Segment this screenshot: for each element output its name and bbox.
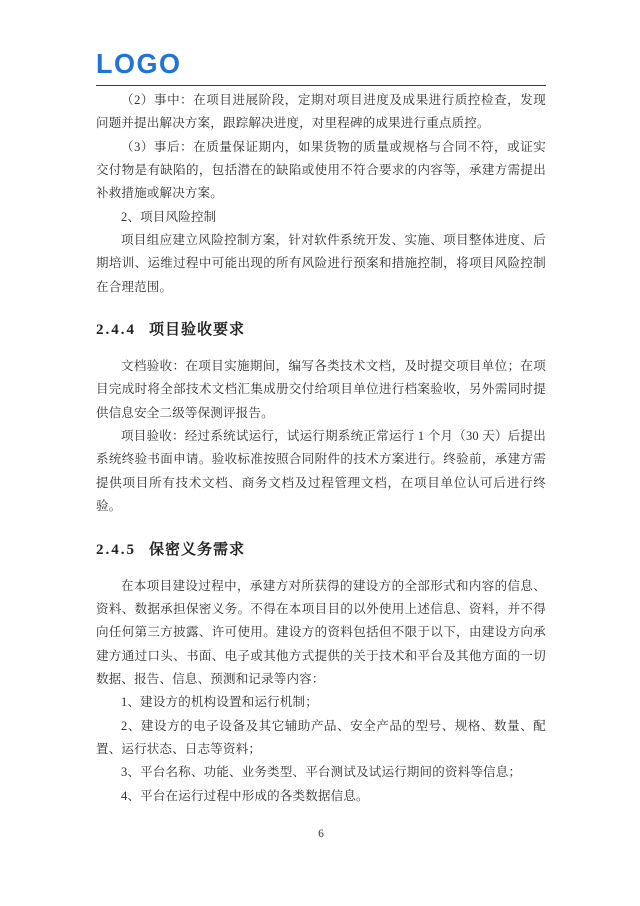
page-content: LOGO （2）事中：在项目进展阶段，定期对项目进度及成果进行质控检查，发现问题… (96, 50, 546, 808)
page-number: 6 (318, 828, 324, 840)
section-title: 项目验收要求 (149, 321, 245, 338)
paragraph-supervision-during: （2）事中：在项目进展阶段，定期对项目进度及成果进行质控检查，发现问题并提出解决… (96, 89, 546, 136)
section-number: 2.4.5 (96, 542, 136, 558)
page-header: LOGO (96, 50, 546, 86)
list-item-4: 4、平台在运行过程中形成的各类数据信息。 (96, 785, 546, 808)
paragraph-doc-acceptance: 文档验收：在项目实施期间，编写各类技术文档，及时提交项目单位；在项目完成时将全部… (96, 355, 546, 425)
list-item-2: 2、建设方的电子设备及其它辅助产品、安全产品的型号、规格、数量、配置、运行状态、… (96, 715, 546, 762)
paragraph-project-acceptance: 项目验收：经过系统试运行，试运行期系统正常运行 1 个月（30 天）后提出系统终… (96, 425, 546, 518)
document-body: （2）事中：在项目进展阶段，定期对项目进度及成果进行质控检查，发现问题并提出解决… (96, 89, 546, 808)
paragraph-risk-control: 项目组应建立风险控制方案，针对软件系统开发、实施、项目整体进度、后期培训、运维过… (96, 229, 546, 299)
section-title: 保密义务需求 (149, 541, 245, 558)
document-page: LOGO （2）事中：在项目进展阶段，定期对项目进度及成果进行质控检查，发现问题… (0, 0, 640, 906)
paragraph-supervision-after: （3）事后：在质量保证期内，如果货物的质量或规格与合同不符，或证实交付物是有缺陷… (96, 136, 546, 206)
list-item-1: 1、建设方的机构设置和运行机制； (96, 691, 546, 714)
subheading-risk-control: 2、项目风险控制 (96, 206, 546, 229)
list-item-3: 3、平台名称、功能、业务类型、平台测试及试运行期间的资料等信息； (96, 761, 546, 784)
header-rule (96, 85, 546, 86)
section-number: 2.4.4 (96, 322, 136, 338)
section-heading-245: 2.4.5保密义务需求 (96, 540, 546, 560)
paragraph-confidentiality: 在本项目建设过程中，承建方对所获得的建设方的全部形式和内容的信息、资料、数据承担… (96, 575, 546, 692)
company-logo: LOGO (96, 49, 546, 78)
page-footer: 6 (96, 828, 546, 840)
section-heading-244: 2.4.4项目验收要求 (96, 320, 546, 340)
